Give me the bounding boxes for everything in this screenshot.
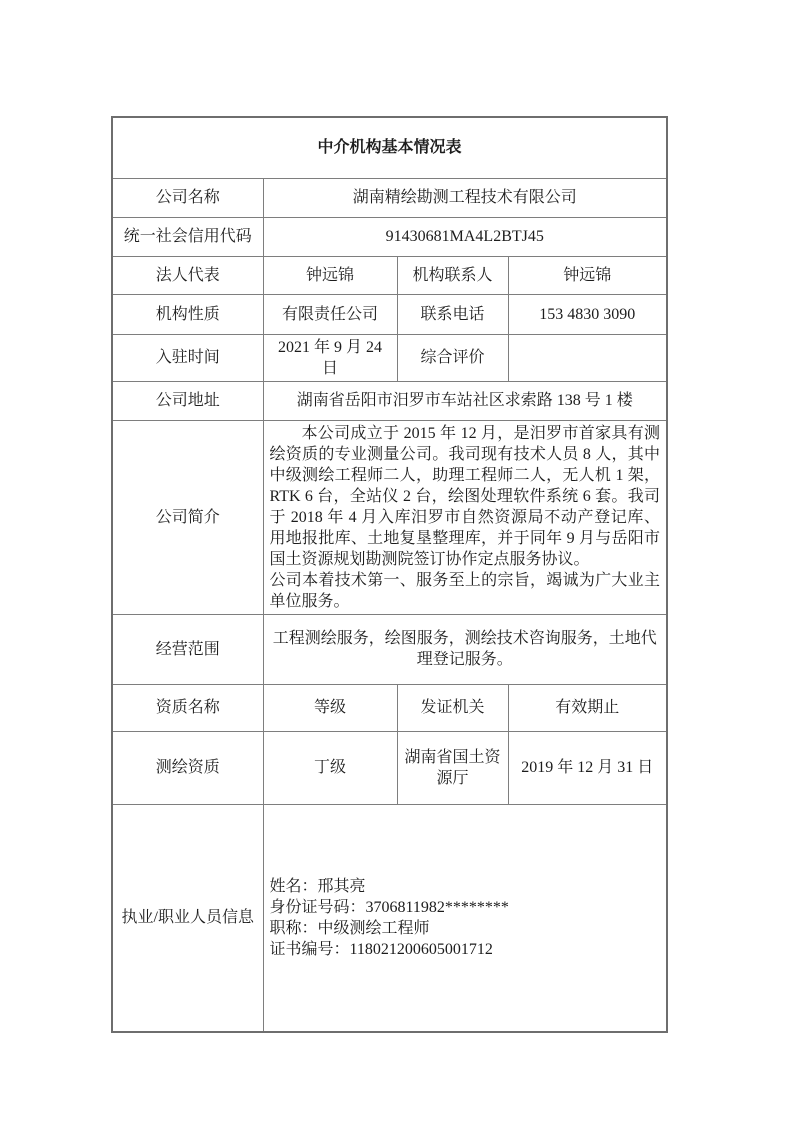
personnel-id-line: 身份证号码：3706811982********	[270, 897, 661, 918]
document-page: 中介机构基本情况表 公司名称 湖南精绘勘测工程技术有限公司 统一社会信用代码 9…	[0, 0, 793, 1122]
qualification-expiry-header: 有效期止	[508, 684, 667, 731]
personnel-title-line: 职称：中级测绘工程师	[270, 918, 661, 939]
personnel-cert-line: 证书编号：118021200605001712	[270, 939, 661, 960]
qualification-level-header: 等级	[263, 684, 397, 731]
qualification-name-header: 资质名称	[112, 684, 263, 731]
credit-code-label: 统一社会信用代码	[112, 217, 263, 256]
company-profile-value: 本公司成立于 2015 年 12 月，是汨罗市首家具有测绘资质的专业测量公司。我…	[263, 420, 667, 614]
contact-person-label: 机构联系人	[397, 256, 508, 294]
address-label: 公司地址	[112, 381, 263, 420]
company-profile-label: 公司简介	[112, 420, 263, 614]
legal-rep-label: 法人代表	[112, 256, 263, 294]
business-scope-label: 经营范围	[112, 614, 263, 684]
page-title: 中介机构基本情况表	[112, 117, 667, 178]
business-scope-value: 工程测绘服务，绘图服务，测绘技术咨询服务，土地代理登记服务。	[263, 614, 667, 684]
contact-person-value: 钟远锦	[508, 256, 667, 294]
credit-code-value: 91430681MA4L2BTJ45	[263, 217, 667, 256]
legal-rep-value: 钟远锦	[263, 256, 397, 294]
qualification-level-value: 丁级	[263, 731, 397, 804]
profile-paragraph: 本公司成立于 2015 年 12 月，是汨罗市首家具有测绘资质的专业测量公司。我…	[270, 423, 661, 570]
agency-info-table: 中介机构基本情况表 公司名称 湖南精绘勘测工程技术有限公司 统一社会信用代码 9…	[111, 116, 668, 1033]
org-type-value: 有限责任公司	[263, 294, 397, 334]
personnel-info-value: 姓名：邢其亮 身份证号码：3706811982******** 职称：中级测绘工…	[263, 804, 667, 1032]
join-date-value: 2021 年 9 月 24 日	[263, 334, 397, 381]
phone-value: 153 4830 3090	[508, 294, 667, 334]
org-type-label: 机构性质	[112, 294, 263, 334]
qualification-expiry-value: 2019 年 12 月 31 日	[508, 731, 667, 804]
qualification-name-value: 测绘资质	[112, 731, 263, 804]
rating-value	[508, 334, 667, 381]
qualification-issuer-value: 湖南省国土资源厅	[397, 731, 508, 804]
address-value: 湖南省岳阳市汨罗市车站社区求索路 138 号 1 楼	[263, 381, 667, 420]
qualification-issuer-header: 发证机关	[397, 684, 508, 731]
join-date-label: 入驻时间	[112, 334, 263, 381]
company-name-label: 公司名称	[112, 178, 263, 217]
personnel-info-label: 执业/职业人员信息	[112, 804, 263, 1032]
phone-label: 联系电话	[397, 294, 508, 334]
rating-label: 综合评价	[397, 334, 508, 381]
profile-paragraph: 公司本着技术第一、服务至上的宗旨，竭诚为广大业主单位服务。	[270, 570, 661, 612]
personnel-name-line: 姓名：邢其亮	[270, 876, 661, 897]
company-name-value: 湖南精绘勘测工程技术有限公司	[263, 178, 667, 217]
